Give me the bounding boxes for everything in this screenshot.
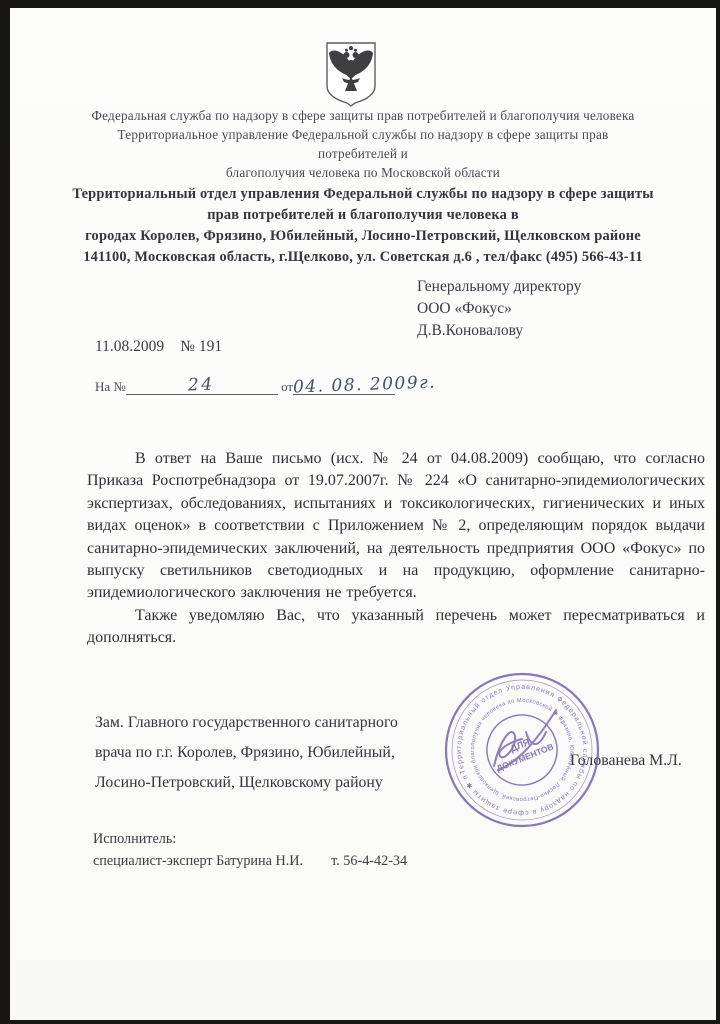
- body-paragraph: Также уведомляю Вас, что указанный переч…: [87, 605, 705, 650]
- org-line: Федеральная служба по надзору в сфере за…: [10, 106, 716, 125]
- letter-page: Федеральная служба по надзору в сфере за…: [10, 8, 716, 1020]
- dept-line: городах Королев, Фрязино, Юбилейный, Лос…: [10, 226, 716, 247]
- executor-block: Исполнитель: специалист-эксперт Батурина…: [93, 828, 407, 872]
- dept-line: 141100, Московская область, г.Щелково, у…: [10, 247, 716, 268]
- signature-title-line: врача по г.г. Королев, Фрязино, Юбилейны…: [95, 738, 398, 768]
- incoming-number-line: 24: [126, 374, 278, 395]
- dept-line: Территориальный отдел управления Федерал…: [10, 184, 716, 205]
- org-line: Территориальное управление Федеральной с…: [10, 125, 716, 144]
- signature-title-block: Зам. Главного государственного санитарно…: [95, 708, 398, 798]
- incoming-date-handwritten: 04. 08. 2009г.: [293, 373, 437, 398]
- letter-body: В ответ на Ваше письмо (исх. № 24 от 04.…: [87, 448, 705, 650]
- executor-label: Исполнитель:: [93, 828, 407, 850]
- incoming-number-handwritten: 24: [188, 375, 215, 396]
- signature-name: Голованева М.Л.: [570, 752, 682, 770]
- letterhead: Федеральная служба по надзору в сфере за…: [10, 106, 716, 268]
- recipient-line: Д.В.Коновалову: [417, 320, 581, 342]
- scan-frame: Федеральная служба по надзору в сфере за…: [0, 0, 720, 1024]
- signature-title-line: Зам. Главного государственного санитарно…: [95, 708, 398, 738]
- official-stamp: Территориальный отдел Управления Федерал…: [438, 666, 606, 834]
- outgoing-date: 11.08.2009: [95, 338, 164, 355]
- recipient-line: Генеральному директору: [417, 276, 581, 298]
- outgoing-reference: 11.08.2009№ 191: [95, 338, 222, 356]
- dept-line: прав потребителей и благополучия человек…: [10, 205, 716, 226]
- russian-coat-of-arms-icon: [322, 40, 380, 108]
- incoming-date-line: 04. 08. 2009г.: [293, 374, 395, 395]
- signature-title-line: Лосино-Петровский, Щелковскому району: [95, 768, 398, 798]
- executor-phone: т. 56-4-42-34: [331, 853, 407, 869]
- org-line: потребителей и: [10, 144, 716, 163]
- executor-person: специалист-эксперт Батурина Н.И.: [93, 853, 303, 869]
- recipient-line: ООО «Фокус»: [417, 298, 581, 320]
- body-paragraph: В ответ на Ваше письмо (исх. № 24 от 04.…: [87, 448, 705, 605]
- incoming-number-label: На №: [95, 379, 126, 394]
- org-line: благополучия человека по Московской обла…: [10, 163, 716, 182]
- incoming-date-label: от: [281, 379, 293, 394]
- outgoing-number: № 191: [180, 338, 222, 355]
- recipient-block: Генеральному директору ООО «Фокус» Д.В.К…: [417, 276, 581, 342]
- incoming-reference: На №24 от04. 08. 2009г.: [95, 374, 395, 395]
